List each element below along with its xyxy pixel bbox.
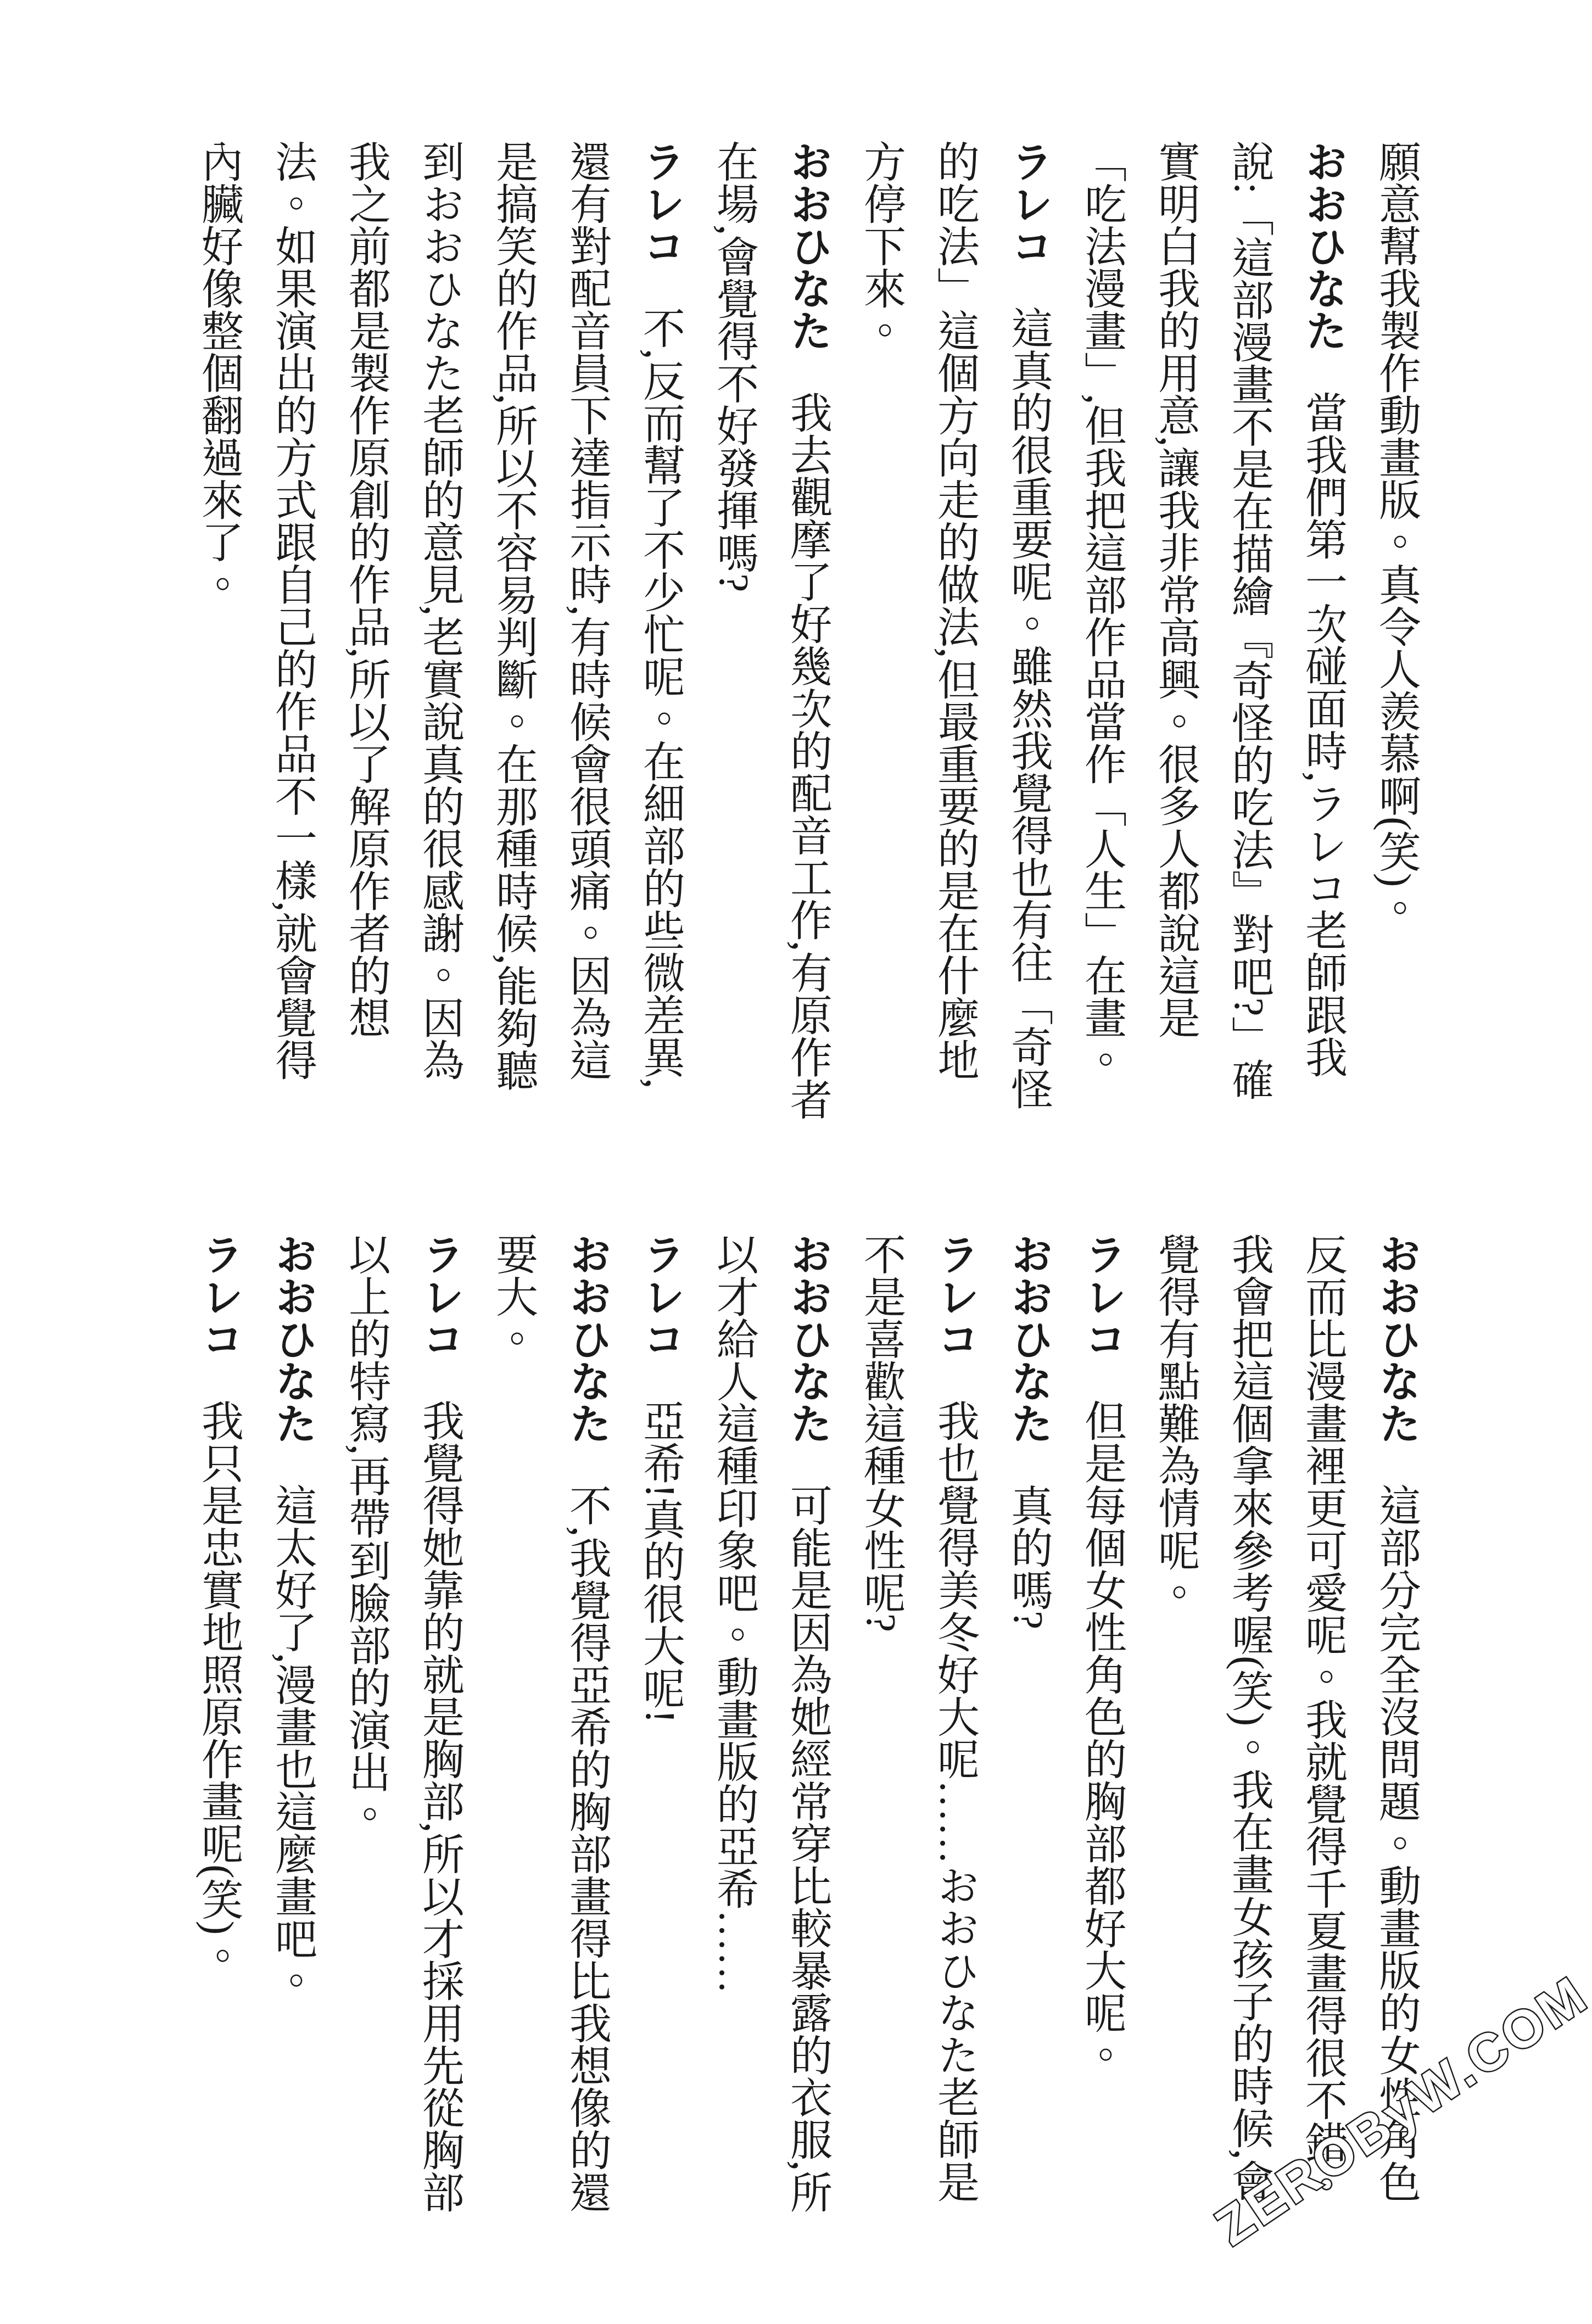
paragraph: おおひなた這部分完全沒問題。動畫版的女性角色反而比漫畫裡更可愛呢。我就覺得千夏畫… (1139, 1233, 1433, 2216)
speaker-name: ラレコ (416, 1233, 463, 1399)
paragraph: おおひなた真的嗎? (992, 1233, 1065, 2216)
paragraph: ラレコ這真的很重要呢。雖然我覺得也有往「奇怪的吃法」這個方向走的做法,但最重要的… (845, 140, 1065, 1123)
paragraph-text: 亞希!真的很大呢! (637, 1399, 684, 1723)
paragraph: ラレコ我也覺得美冬好大呢……おおひなた老師是不是喜歡這種女性呢? (845, 1233, 992, 2216)
speaker-name: おおひなた (784, 140, 831, 391)
speaker-name: おおひなた (269, 1233, 316, 1484)
speaker-name: おおひなた (1005, 1233, 1052, 1484)
interview-bottom-section: おおひなた這部分完全沒問題。動畫版的女性角色反而比漫畫裡更可愛呢。我就覺得千夏畫… (154, 1233, 1433, 2216)
paragraph: おおひなた不,我覺得亞希的胸部畫得比我想像的還要大。 (477, 1233, 624, 2216)
paragraph-text: 我只是忠實地照原作畫呢(笑)。 (195, 1399, 243, 1977)
paragraph: ラレコ亞希!真的很大呢! (624, 1233, 697, 2216)
paragraph: ラレコ但是每個女性角色的胸部都好大呢。 (1065, 1233, 1139, 2216)
scanned-interview-page: 願意幫我製作動畫版。真令人羨慕啊(笑)。おおひなた當我們第一次碰面時,ラレコ老師… (0, 0, 1592, 2324)
paragraph: おおひなた可能是因為她經常穿比較暴露的衣服,所以才給人這種印象吧。動畫版的亞希…… (697, 1233, 845, 2216)
speaker-name: おおひなた (563, 1233, 611, 1484)
interview-top-section: 願意幫我製作動畫版。真令人羨慕啊(笑)。おおひなた當我們第一次碰面時,ラレコ老師… (154, 140, 1433, 1123)
speaker-name: ラレコ (1005, 140, 1052, 306)
speaker-name: ラレコ (637, 140, 684, 306)
paragraph: おおひなた這太好了,漫畫也這麼畫吧。 (256, 1233, 329, 2216)
speaker-name: おおひなた (1299, 140, 1347, 391)
speaker-name: ラレコ (931, 1233, 979, 1399)
paragraph-text: 真的嗎? (1005, 1484, 1052, 1629)
speaker-name: おおひなた (784, 1233, 831, 1484)
paragraph: ラレコ我只是忠實地照原作畫呢(笑)。 (182, 1233, 256, 2216)
paragraph: おおひなた當我們第一次碰面時,ラレコ老師跟我說:「這部漫畫不是在描繪『奇怪的吃法… (1065, 140, 1360, 1123)
paragraph-text: 但是每個女性角色的胸部都好大呢。 (1079, 1399, 1126, 2076)
paragraph-text: 願意幫我製作動畫版。真令人羨慕啊(笑)。 (1373, 140, 1420, 929)
speaker-name: ラレコ (195, 1233, 243, 1399)
paragraph: おおひなた我去觀摩了好幾次的配音工作,有原作者在場,會覺得不好發揮嗎? (697, 140, 845, 1123)
speaker-name: おおひなた (1373, 1233, 1420, 1484)
paragraph: ラレコ不,反而幫了不少忙呢。在細部的些微差異,還有對配音員下達指示時,有時候會很… (182, 140, 697, 1123)
speaker-name: ラレコ (637, 1233, 684, 1399)
speaker-name: ラレコ (1079, 1233, 1126, 1399)
paragraph-text: 不,反而幫了不少忙呢。在細部的些微差異,還有對配音員下達指示時,有時候會很頭痛。… (195, 140, 684, 1092)
paragraph-text: 這太好了,漫畫也這麼畫吧。 (269, 1484, 316, 2002)
paragraph: ラレコ我覺得她靠的就是胸部,所以才採用先從胸部以上的特寫,再帶到臉部的演出。 (329, 1233, 477, 2216)
paragraph: 願意幫我製作動畫版。真令人羨慕啊(笑)。 (1360, 140, 1433, 1123)
